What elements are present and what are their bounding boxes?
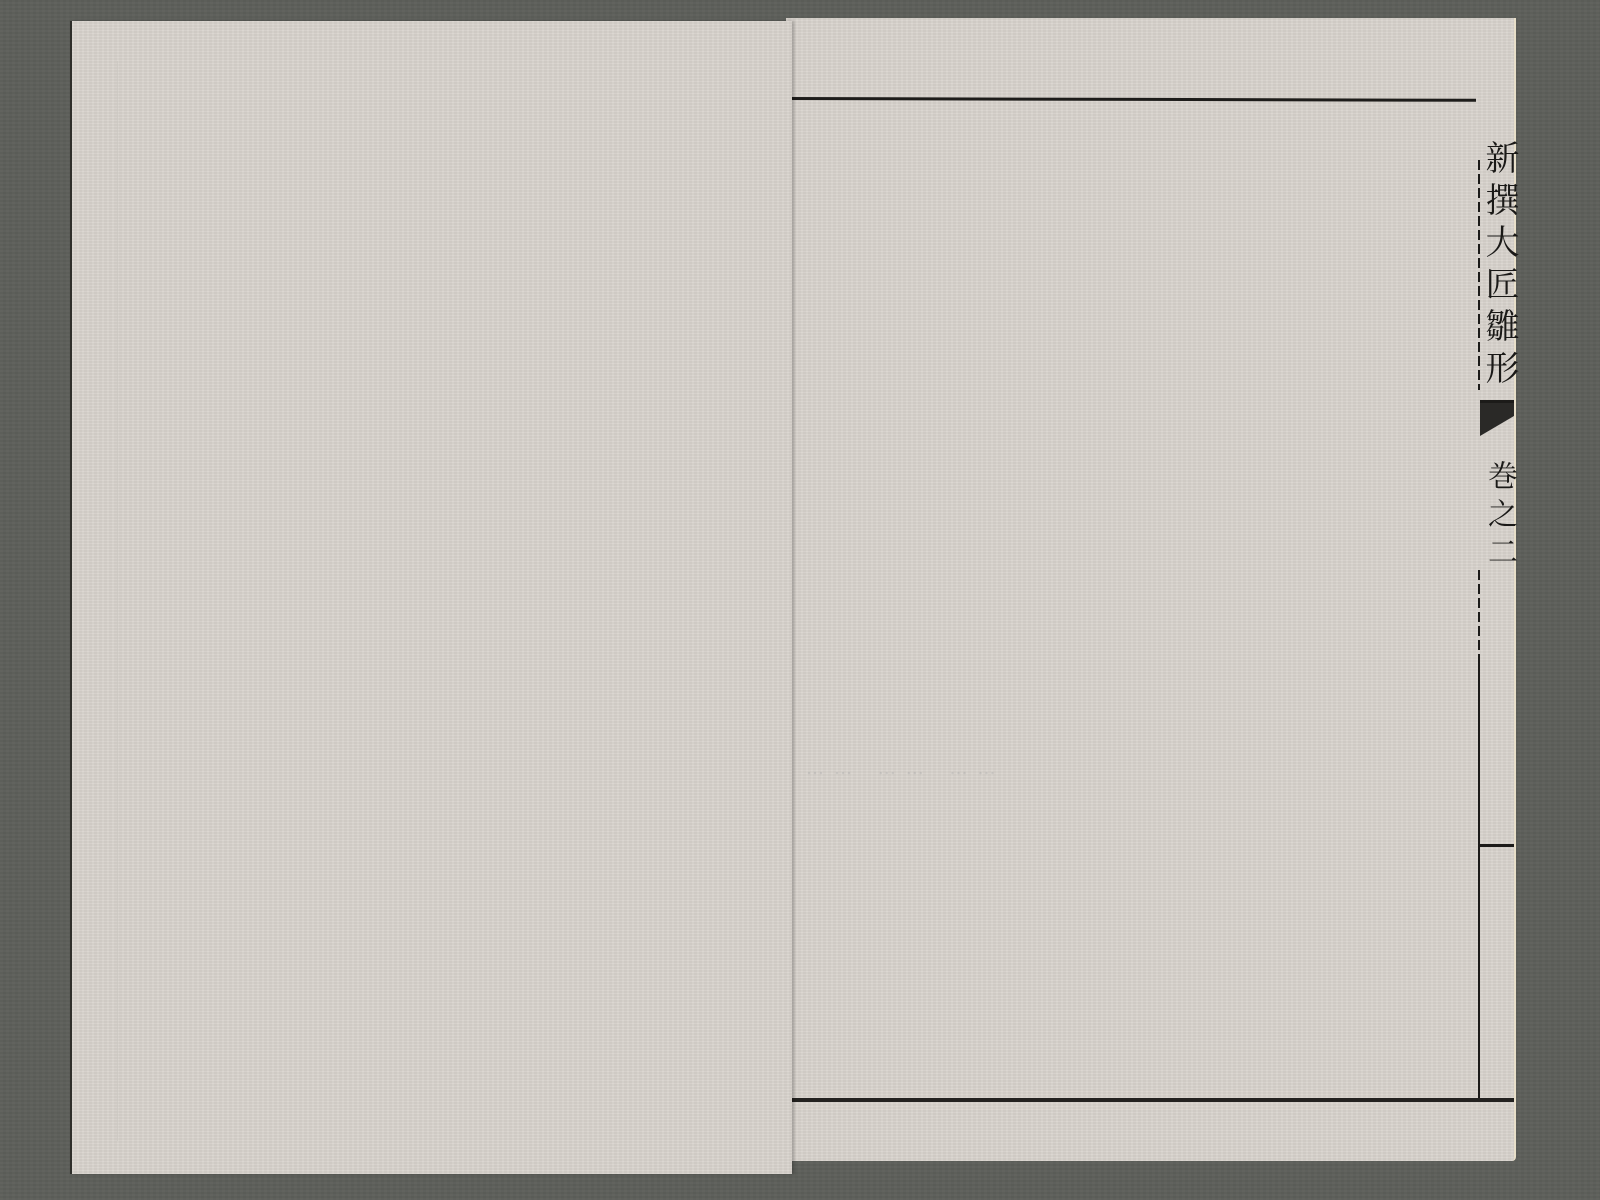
slip-rule-lower (1478, 660, 1480, 1098)
frame-bottom-rule (786, 1098, 1514, 1102)
right-page: …… …… …… 新撰大匠雛形 巻之二 (786, 18, 1516, 1161)
book-title: 新撰大匠雛形 (1484, 140, 1514, 392)
fishtail-ornament-icon (1480, 400, 1514, 446)
frame-top-rule (786, 97, 1476, 102)
left-page-fold-line (117, 61, 118, 1141)
spine-title-slip: 新撰大匠雛形 巻之二 (1478, 100, 1514, 1098)
volume-label: 巻之二 (1484, 460, 1514, 574)
show-through-text: …… …… …… (806, 758, 1005, 779)
slip-crossbar (1478, 844, 1514, 847)
slip-rule-middle (1478, 570, 1480, 660)
left-page (70, 21, 792, 1174)
